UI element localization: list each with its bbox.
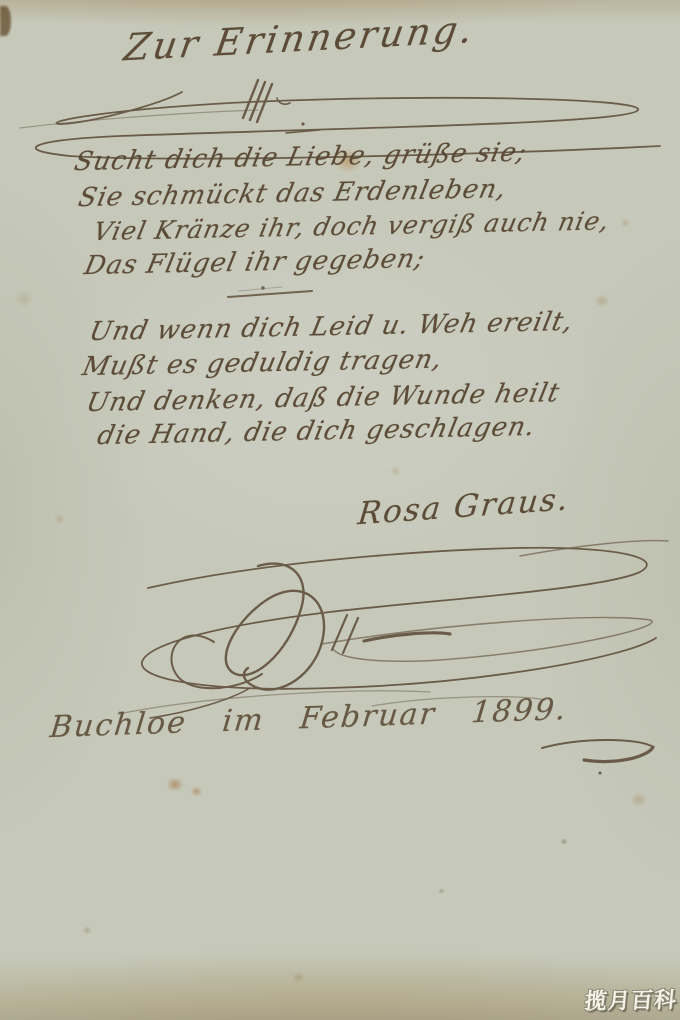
signature-flourish (118, 541, 668, 718)
manuscript-page: Zur Erinnerung. Sucht dich die Liebe, gr… (0, 0, 680, 1020)
date-flourish (542, 740, 653, 775)
watermark-text: 揽月百科 (584, 983, 679, 1016)
stanza-divider (228, 286, 312, 297)
